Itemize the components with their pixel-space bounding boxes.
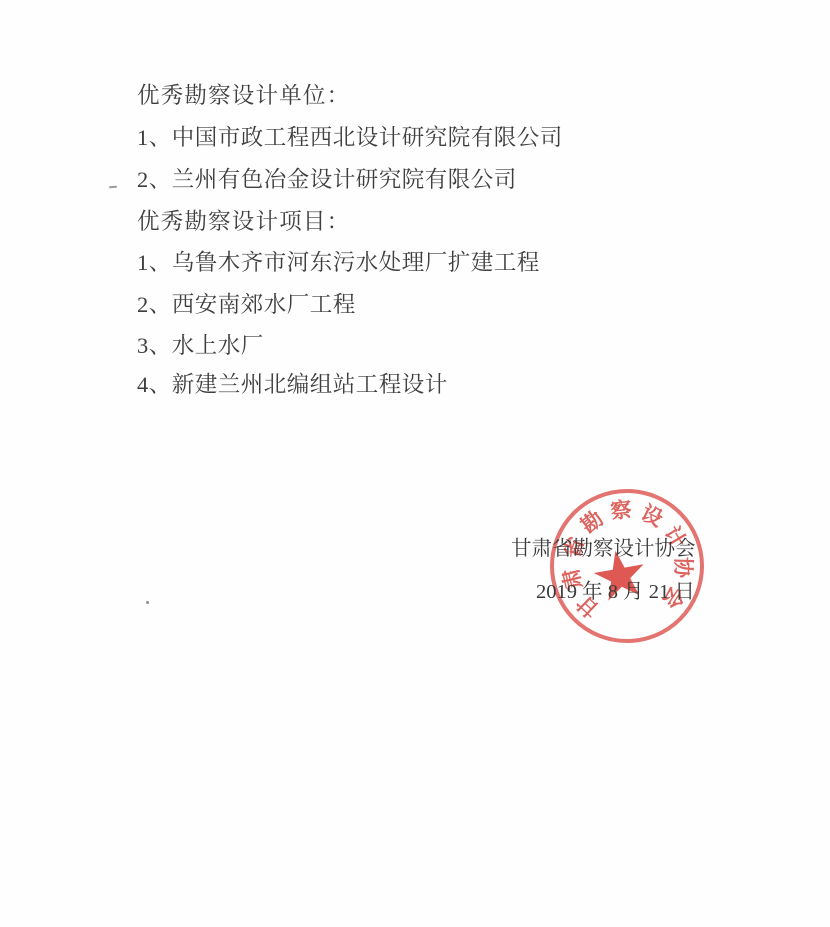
document-page: 优秀勘察设计单位： 1、中国市政工程西北设计研究院有限公司 2、兰州有色冶金设计… bbox=[0, 0, 830, 927]
units-section-heading: 优秀勘察设计单位： bbox=[137, 83, 350, 109]
scan-speck-dot bbox=[146, 601, 149, 604]
seal-arc-char: 察 bbox=[609, 493, 633, 525]
projects-section-heading: 优秀勘察设计项目： bbox=[137, 209, 350, 235]
project-item-1: 1、乌鲁木齐市河东污水处理厂扩建工程 bbox=[137, 250, 540, 276]
project-item-4: 4、新建兰州北编组站工程设计 bbox=[137, 372, 448, 398]
project-item-3: 3、水上水厂 bbox=[137, 333, 264, 359]
signature-organization: 甘肃省勘察设计协会 bbox=[511, 538, 696, 561]
signature-date: 2019 年 8 月 21 日 bbox=[536, 581, 695, 604]
project-item-2: 2、西安南郊水厂工程 bbox=[137, 292, 356, 318]
official-seal: ★ 甘肃省勘察设计协会 bbox=[550, 489, 704, 643]
unit-item-1: 1、中国市政工程西北设计研究院有限公司 bbox=[137, 125, 563, 151]
scan-speck-dash bbox=[109, 186, 117, 189]
unit-item-2: 2、兰州有色冶金设计研究院有限公司 bbox=[137, 167, 517, 193]
